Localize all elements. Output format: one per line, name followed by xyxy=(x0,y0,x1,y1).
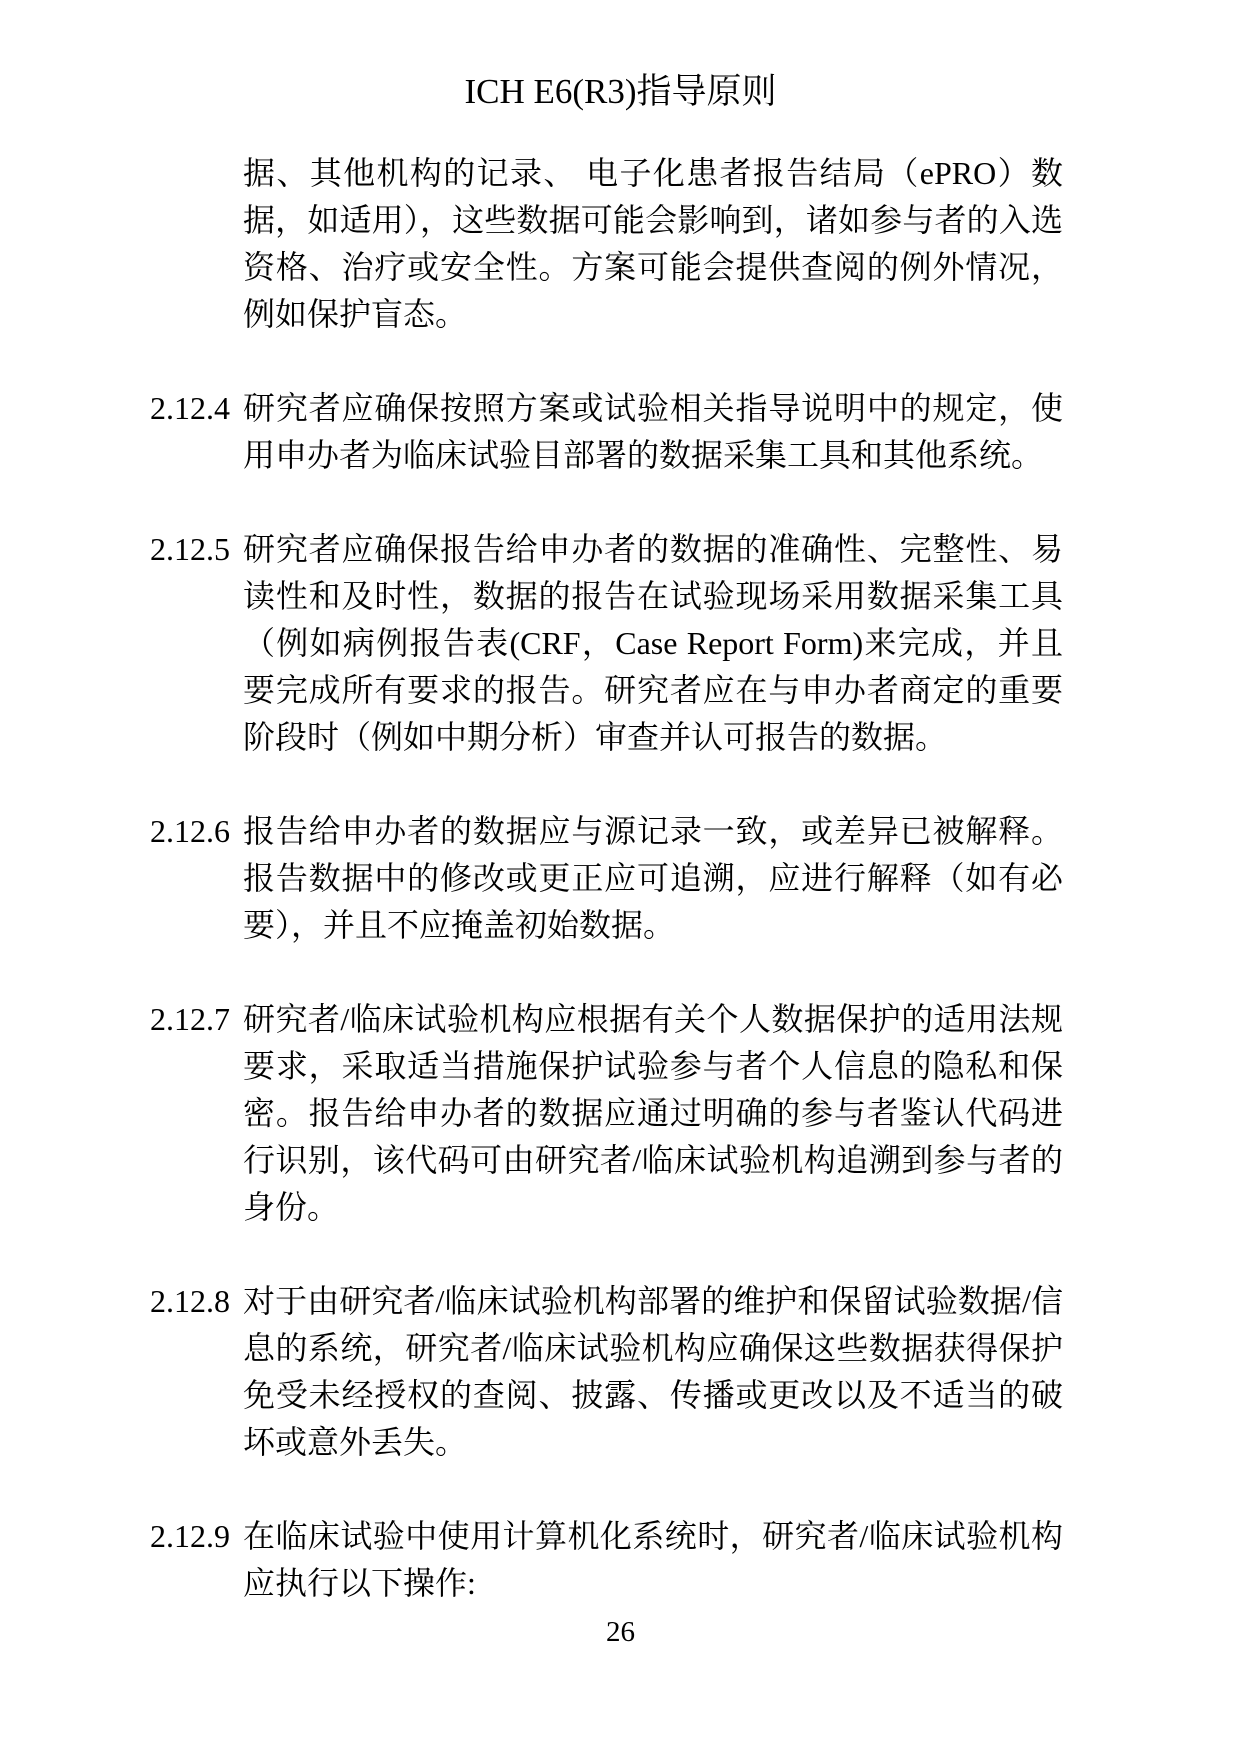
section-number: 2.12.4 xyxy=(150,385,243,479)
section-2-12-8: 2.12.8 对于由研究者/临床试验机构部署的维护和保留试验数据/信息的系统，研… xyxy=(150,1278,1063,1466)
section-2-12-6: 2.12.6 报告给申办者的数据应与源记录一致，或差异已被解释。报告数据中的修改… xyxy=(150,808,1063,949)
section-2-12-7: 2.12.7 研究者/临床试验机构应根据有关个人数据保护的适用法规要求，采取适当… xyxy=(150,996,1063,1231)
section-2-12-4: 2.12.4 研究者应确保按照方案或试验相关指导说明中的规定，使用申办者为临床试… xyxy=(150,385,1063,479)
section-number: 2.12.8 xyxy=(150,1278,243,1466)
page-number: 26 xyxy=(0,1615,1241,1649)
section-text: 研究者应确保按照方案或试验相关指导说明中的规定，使用申办者为临床试验目部署的数据… xyxy=(243,385,1063,479)
section-text: 研究者应确保报告给申办者的数据的准确性、完整性、易读性和及时性，数据的报告在试验… xyxy=(243,526,1063,761)
section-text: 研究者/临床试验机构应根据有关个人数据保护的适用法规要求，采取适当措施保护试验参… xyxy=(243,996,1063,1231)
section-2-12-5: 2.12.5 研究者应确保报告给申办者的数据的准确性、完整性、易读性和及时性，数… xyxy=(150,526,1063,761)
section-2-12-9: 2.12.9 在临床试验中使用计算机化系统时，研究者/临床试验机构应执行以下操作… xyxy=(150,1513,1063,1607)
section-number: 2.12.9 xyxy=(150,1513,243,1607)
document-body: 据、其他机构的记录、 电子化患者报告结局（ePRO）数据，如适用），这些数据可能… xyxy=(150,150,1063,1607)
intro-continuation-paragraph: 据、其他机构的记录、 电子化患者报告结局（ePRO）数据，如适用），这些数据可能… xyxy=(243,150,1063,338)
document-title-header: ICH E6(R3)指导原则 xyxy=(0,68,1241,115)
section-text: 对于由研究者/临床试验机构部署的维护和保留试验数据/信息的系统，研究者/临床试验… xyxy=(243,1278,1063,1466)
section-number: 2.12.6 xyxy=(150,808,243,949)
section-text: 报告给申办者的数据应与源记录一致，或差异已被解释。报告数据中的修改或更正应可追溯… xyxy=(243,808,1063,949)
section-text: 在临床试验中使用计算机化系统时，研究者/临床试验机构应执行以下操作: xyxy=(243,1513,1063,1607)
section-number: 2.12.7 xyxy=(150,996,243,1231)
document-page: ICH E6(R3)指导原则 据、其他机构的记录、 电子化患者报告结局（ePRO… xyxy=(0,0,1241,1755)
section-number: 2.12.5 xyxy=(150,526,243,761)
